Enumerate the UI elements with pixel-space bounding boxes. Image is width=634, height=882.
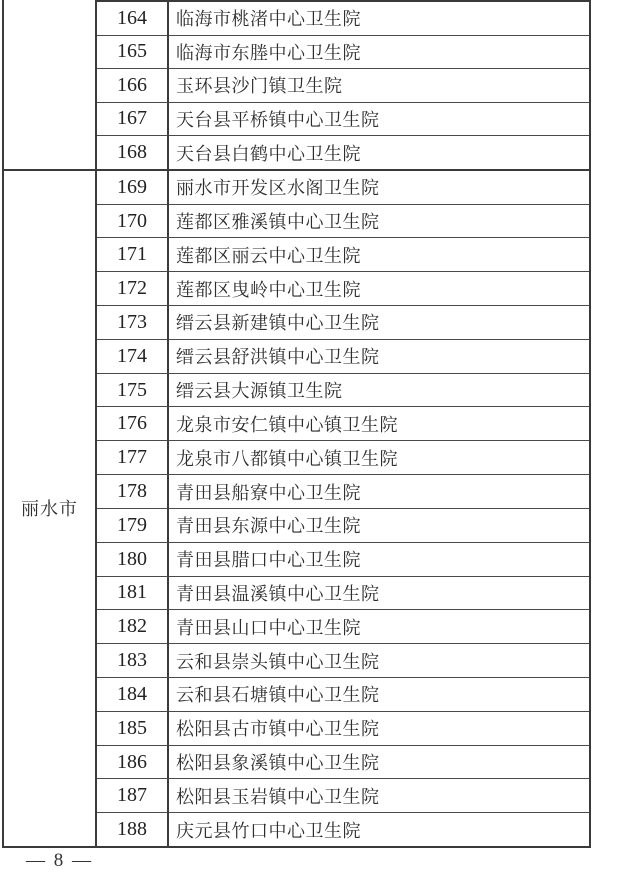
row-number-cell: 164	[97, 2, 169, 35]
row-number-cell: 177	[97, 441, 169, 474]
row-number-cell: 169	[97, 171, 169, 204]
city-cell: 丽水市	[4, 171, 97, 846]
row-number-cell: 179	[97, 509, 169, 542]
facility-name-cell: 丽水市开发区水阁卫生院	[169, 171, 589, 204]
facility-name-cell: 青田县船寮中心卫生院	[169, 475, 589, 508]
row-number-cell: 182	[97, 610, 169, 643]
document-page: 164 临海市桃渚中心卫生院 165 临海市东塍中心卫生院 166 玉环县沙门镇…	[0, 0, 634, 882]
facility-name-cell: 临海市东塍中心卫生院	[169, 36, 589, 69]
row-number-cell: 187	[97, 779, 169, 812]
facility-name-cell: 庆元县竹口中心卫生院	[169, 813, 589, 846]
row-number-cell: 165	[97, 36, 169, 69]
table-row: 187 松阳县玉岩镇中心卫生院	[97, 778, 589, 812]
facility-name-cell: 云和县石塘镇中心卫生院	[169, 678, 589, 711]
facility-name-cell: 龙泉市八都镇中心镇卫生院	[169, 441, 589, 474]
facility-name-cell: 青田县腊口中心卫生院	[169, 543, 589, 576]
facility-name-cell: 天台县平桥镇中心卫生院	[169, 103, 589, 136]
facility-name-cell: 玉环县沙门镇卫生院	[169, 69, 589, 102]
table-row: 173 缙云县新建镇中心卫生院	[97, 305, 589, 339]
row-number-cell: 186	[97, 746, 169, 779]
row-number-cell: 181	[97, 577, 169, 610]
row-number-cell: 184	[97, 678, 169, 711]
row-number-cell: 175	[97, 374, 169, 407]
row-number-cell: 183	[97, 644, 169, 677]
table-row: 178 青田县船寮中心卫生院	[97, 474, 589, 508]
facility-name-cell: 青田县温溪镇中心卫生院	[169, 577, 589, 610]
table-row: 171 莲都区丽云中心卫生院	[97, 237, 589, 271]
facility-name-cell: 青田县山口中心卫生院	[169, 610, 589, 643]
table-row: 174 缙云县舒洪镇中心卫生院	[97, 339, 589, 373]
group-rows: 169 丽水市开发区水阁卫生院 170 莲都区雅溪镇中心卫生院 171 莲都区丽…	[97, 171, 589, 846]
city-cell	[4, 0, 97, 169]
facility-name-cell: 临海市桃渚中心卫生院	[169, 2, 589, 35]
facility-name-cell: 缙云县大源镇卫生院	[169, 374, 589, 407]
facility-name-cell: 松阳县象溪镇中心卫生院	[169, 746, 589, 779]
facility-name-cell: 云和县崇头镇中心卫生院	[169, 644, 589, 677]
health-centers-table: 164 临海市桃渚中心卫生院 165 临海市东塍中心卫生院 166 玉环县沙门镇…	[2, 0, 591, 848]
table-row: 182 青田县山口中心卫生院	[97, 609, 589, 643]
city-group: 丽水市 169 丽水市开发区水阁卫生院 170 莲都区雅溪镇中心卫生院 171 …	[4, 169, 589, 846]
row-number-cell: 170	[97, 205, 169, 238]
table-row: 183 云和县崇头镇中心卫生院	[97, 643, 589, 677]
city-group: 164 临海市桃渚中心卫生院 165 临海市东塍中心卫生院 166 玉环县沙门镇…	[4, 0, 589, 169]
table-row: 170 莲都区雅溪镇中心卫生院	[97, 204, 589, 238]
table-row: 167 天台县平桥镇中心卫生院	[97, 102, 589, 136]
table-row: 168 天台县白鹤中心卫生院	[97, 135, 589, 169]
facility-name-cell: 莲都区丽云中心卫生院	[169, 238, 589, 271]
table-row: 188 庆元县竹口中心卫生院	[97, 812, 589, 846]
row-number-cell: 176	[97, 407, 169, 440]
row-number-cell: 167	[97, 103, 169, 136]
table-row: 166 玉环县沙门镇卫生院	[97, 68, 589, 102]
row-number-cell: 168	[97, 136, 169, 169]
row-number-cell: 172	[97, 272, 169, 305]
row-number-cell: 171	[97, 238, 169, 271]
facility-name-cell: 松阳县古市镇中心卫生院	[169, 712, 589, 745]
group-rows: 164 临海市桃渚中心卫生院 165 临海市东塍中心卫生院 166 玉环县沙门镇…	[97, 0, 589, 169]
table-row: 165 临海市东塍中心卫生院	[97, 35, 589, 69]
page-number: — 8 —	[26, 850, 93, 872]
table-row: 164 临海市桃渚中心卫生院	[97, 0, 589, 35]
facility-name-cell: 松阳县玉岩镇中心卫生院	[169, 779, 589, 812]
table-row: 181 青田县温溪镇中心卫生院	[97, 576, 589, 610]
facility-name-cell: 缙云县舒洪镇中心卫生院	[169, 340, 589, 373]
table-row: 169 丽水市开发区水阁卫生院	[97, 171, 589, 204]
table-row: 175 缙云县大源镇卫生院	[97, 373, 589, 407]
facility-name-cell: 缙云县新建镇中心卫生院	[169, 306, 589, 339]
row-number-cell: 188	[97, 813, 169, 846]
row-number-cell: 178	[97, 475, 169, 508]
row-number-cell: 166	[97, 69, 169, 102]
table-row: 185 松阳县古市镇中心卫生院	[97, 711, 589, 745]
table-row: 172 莲都区曳岭中心卫生院	[97, 271, 589, 305]
table-row: 177 龙泉市八都镇中心镇卫生院	[97, 440, 589, 474]
row-number-cell: 180	[97, 543, 169, 576]
table-row: 184 云和县石塘镇中心卫生院	[97, 677, 589, 711]
row-number-cell: 185	[97, 712, 169, 745]
facility-name-cell: 天台县白鹤中心卫生院	[169, 136, 589, 169]
facility-name-cell: 龙泉市安仁镇中心镇卫生院	[169, 407, 589, 440]
table-row: 179 青田县东源中心卫生院	[97, 508, 589, 542]
facility-name-cell: 青田县东源中心卫生院	[169, 509, 589, 542]
table-row: 180 青田县腊口中心卫生院	[97, 542, 589, 576]
row-number-cell: 174	[97, 340, 169, 373]
table-row: 186 松阳县象溪镇中心卫生院	[97, 745, 589, 779]
facility-name-cell: 莲都区雅溪镇中心卫生院	[169, 205, 589, 238]
row-number-cell: 173	[97, 306, 169, 339]
table-row: 176 龙泉市安仁镇中心镇卫生院	[97, 406, 589, 440]
facility-name-cell: 莲都区曳岭中心卫生院	[169, 272, 589, 305]
